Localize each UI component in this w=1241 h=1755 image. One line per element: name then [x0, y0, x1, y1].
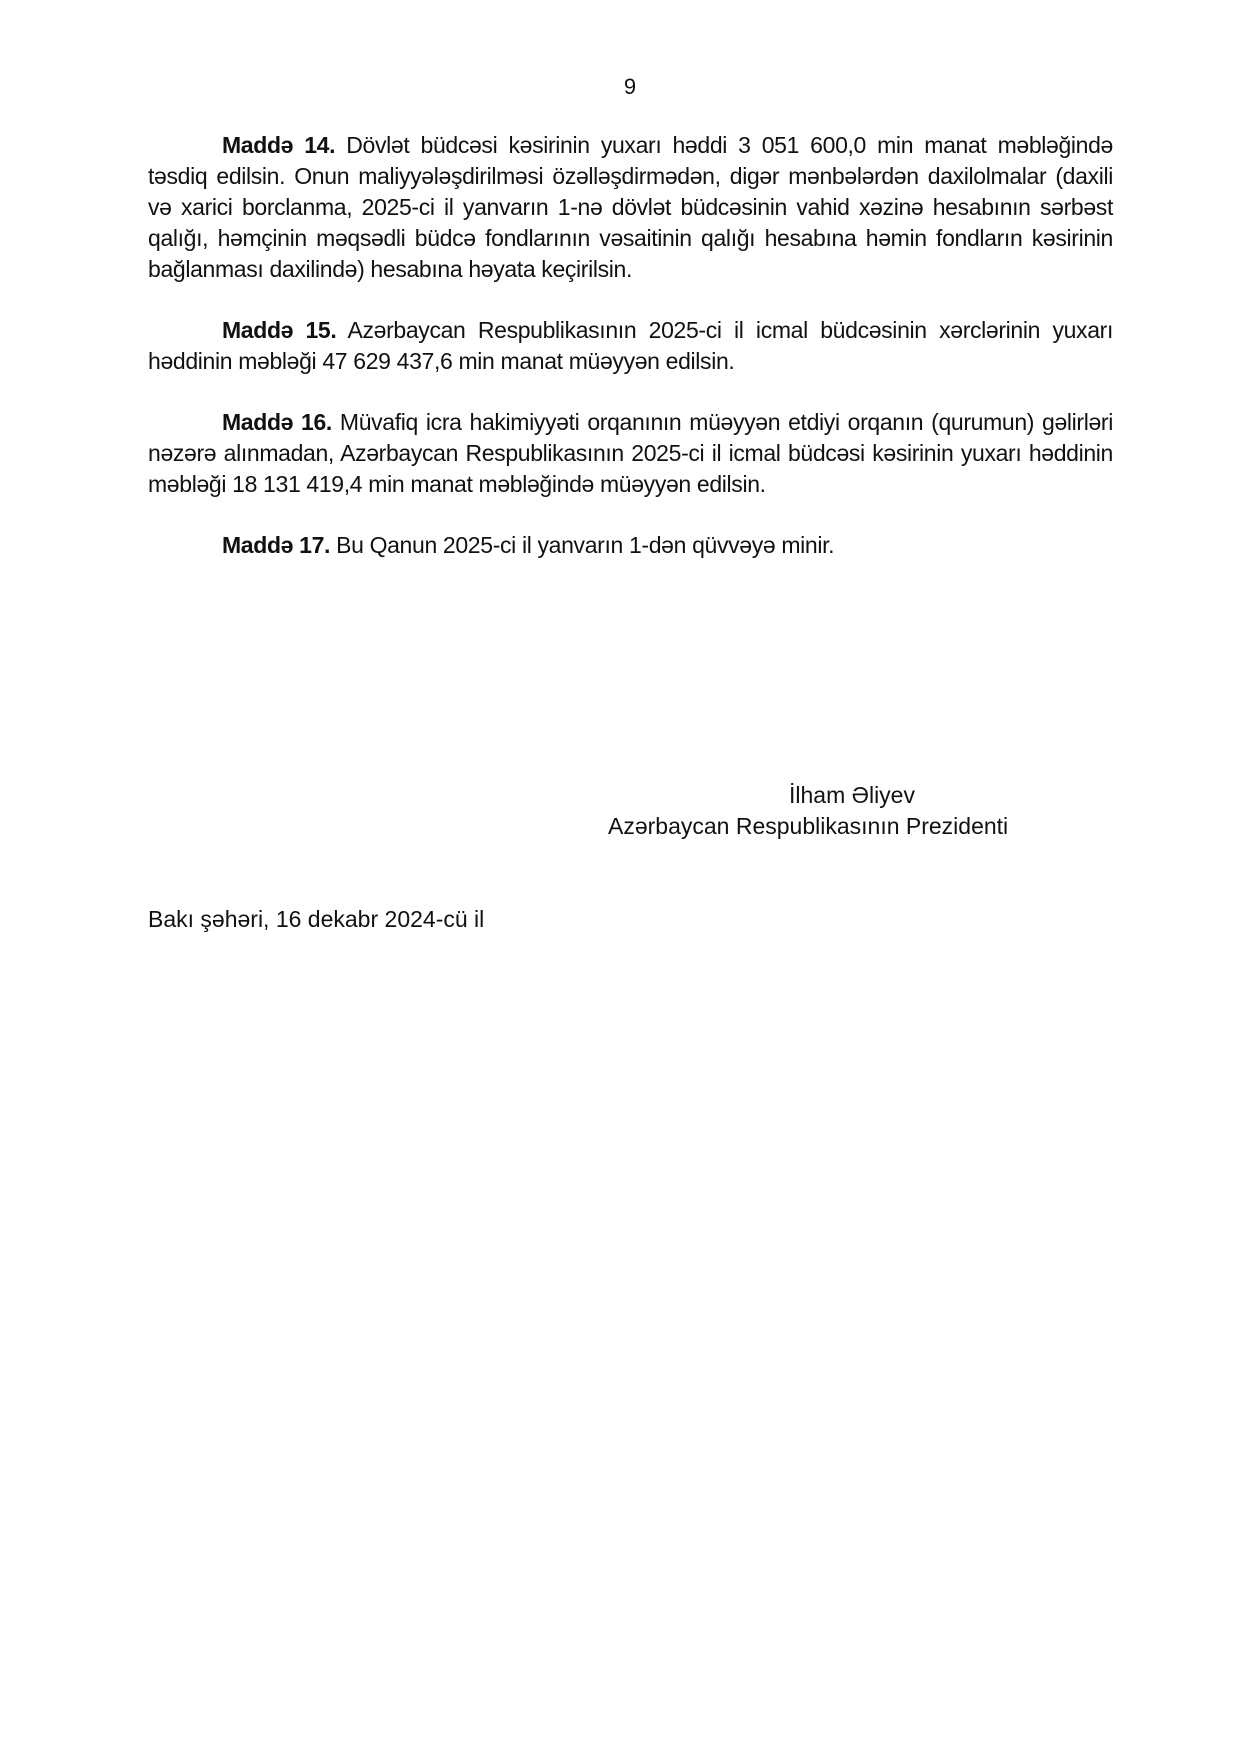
signatory-role: Azərbaycan Respublikasının Prezidenti [608, 811, 1078, 842]
article-title: Maddə 17. [222, 532, 330, 558]
article-title: Maddə 14. [222, 132, 335, 158]
document-body: Maddə 14. Dövlət büdcəsi kəsirinin yuxar… [148, 130, 1113, 591]
article-text: Bu Qanun 2025-ci il yanvarın 1-dən qüvvə… [330, 532, 834, 558]
article-title: Maddə 15. [222, 317, 336, 343]
page-number: 9 [0, 74, 1241, 100]
article-15: Maddə 15. Azərbaycan Respublikasının 202… [148, 315, 1113, 377]
article-14: Maddə 14. Dövlət büdcəsi kəsirinin yuxar… [148, 130, 1113, 285]
article-17: Maddə 17. Bu Qanun 2025-ci il yanvarın 1… [148, 530, 1113, 561]
signatory-name: İlham Əliyev [608, 780, 1078, 811]
signature-block: İlham Əliyev Azərbaycan Respublikasının … [608, 780, 1078, 842]
article-16: Maddə 16. Müvafiq icra hakimiyyəti orqan… [148, 407, 1113, 500]
article-title: Maddə 16. [222, 409, 332, 435]
place-and-date: Bakı şəhəri, 16 dekabr 2024-cü il [148, 904, 484, 935]
